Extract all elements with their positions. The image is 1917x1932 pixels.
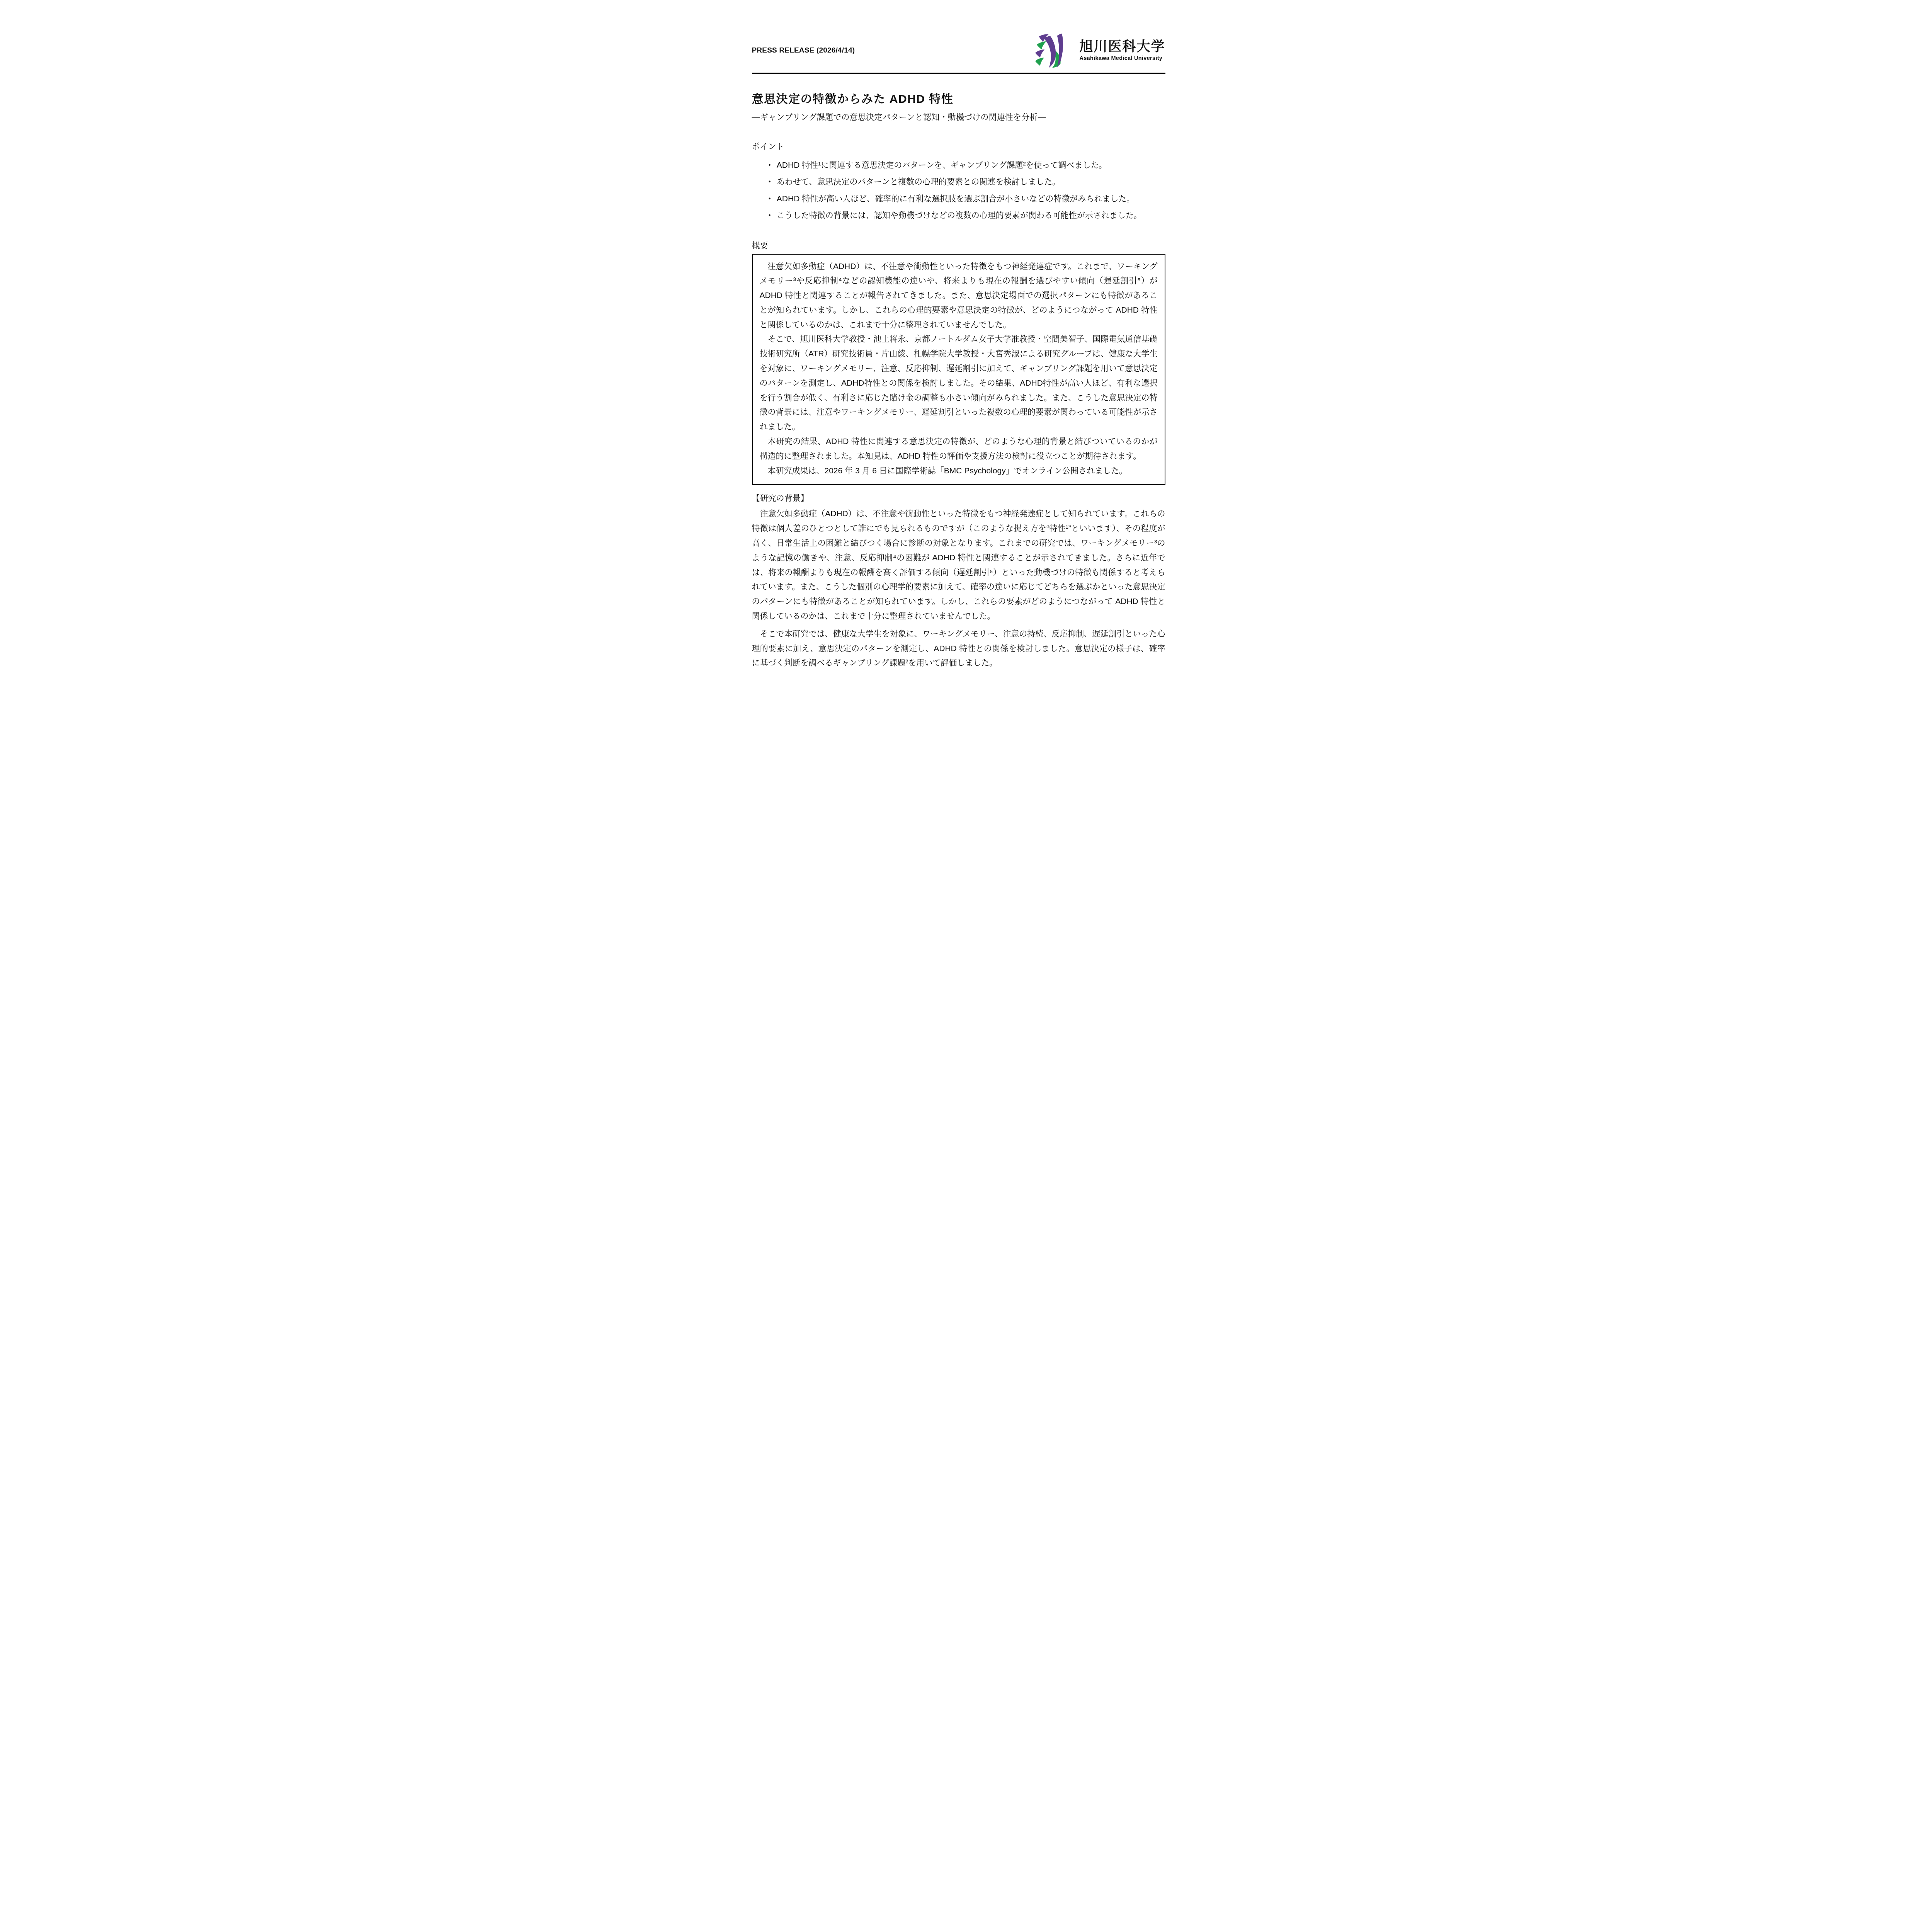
- page-subtitle: ―ギャンブリング課題での意思決定パターンと認知・動機づけの関連性を分析―: [752, 111, 1165, 122]
- page-title: 意思決定の特徴からみた ADHD 特性: [752, 89, 1165, 106]
- logo-stripe-2: [1037, 41, 1046, 49]
- header-divider: [752, 73, 1165, 74]
- bullet-icon: •: [768, 160, 771, 171]
- logo-stripe-3: [1035, 49, 1044, 58]
- bullet-icon: •: [768, 210, 771, 221]
- list-item: • ADHD 特性が高い人ほど、確率的に有利な選択肢を選ぶ割合が小さいなどの特徴…: [768, 192, 1165, 206]
- point-text: あわせて、意思決定のパターンと複数の心理的要素との関連を検討しました。: [777, 175, 1060, 189]
- points-heading: ポイント: [752, 140, 1165, 152]
- list-item: • ADHD 特性¹に関連する意思決定のパターンを、ギャンブリング課題²を使って…: [768, 158, 1165, 172]
- list-item: • あわせて、意思決定のパターンと複数の心理的要素との関連を検討しました。: [768, 175, 1165, 189]
- overview-paragraph: そこで、旭川医科大学教授・池上将永、京都ノートルダム女子大学准教授・空間美智子、…: [760, 332, 1158, 434]
- list-item: • こうした特徴の背景には、認知や動機づけなどの複数の心理的要素が関わる可能性が…: [768, 208, 1165, 223]
- university-name-ja: 旭川医科大学: [1079, 40, 1165, 54]
- bullet-icon: •: [768, 177, 771, 187]
- logo-stripe-4: [1035, 58, 1044, 66]
- university-logo: 旭川医科大学 Asahikawa Medical University: [1035, 33, 1165, 68]
- point-text: ADHD 特性が高い人ほど、確率的に有利な選択肢を選ぶ割合が小さいなどの特徴がみ…: [777, 192, 1135, 206]
- background-paragraph: そこで本研究では、健康な大学生を対象に、ワーキングメモリー、注意の持続、反応抑制…: [752, 627, 1165, 670]
- overview-box: 注意欠如多動症（ADHD）は、不注意や衝動性といった特徴をもつ神経発達症です。こ…: [752, 254, 1165, 485]
- press-release-page: PRESS RELEASE (2026/4/14) 旭川医科大学 Asahika…: [719, 0, 1198, 694]
- university-logo-text: 旭川医科大学 Asahikawa Medical University: [1079, 40, 1165, 61]
- overview-paragraph: 注意欠如多動症（ADHD）は、不注意や衝動性といった特徴をもつ神経発達症です。こ…: [760, 259, 1158, 332]
- overview-heading: 概要: [752, 239, 1165, 251]
- point-text: ADHD 特性¹に関連する意思決定のパターンを、ギャンブリング課題²を使って調べ…: [777, 158, 1107, 172]
- overview-paragraph: 本研究の結果、ADHD 特性に関連する意思決定の特徴が、どのような心理的背景と結…: [760, 434, 1158, 464]
- overview-paragraph: 本研究成果は、2026 年 3 月 6 日に国際学術誌「BMC Psycholo…: [760, 464, 1158, 478]
- background-heading: 【研究の背景】: [752, 492, 1165, 503]
- logo-leg-purple: [1044, 36, 1056, 68]
- press-release-label: PRESS RELEASE (2026/4/14): [752, 46, 855, 55]
- university-name-en: Asahikawa Medical University: [1079, 56, 1165, 61]
- background-paragraph: 注意欠如多動症（ADHD）は、不注意や衝動性といった特徴をもつ神経発達症として知…: [752, 507, 1165, 623]
- page-header: PRESS RELEASE (2026/4/14) 旭川医科大学 Asahika…: [752, 33, 1165, 68]
- university-logo-icon: [1035, 33, 1074, 68]
- point-text: こうした特徴の背景には、認知や動機づけなどの複数の心理的要素が関わる可能性が示さ…: [777, 208, 1142, 223]
- bullet-icon: •: [768, 193, 771, 204]
- points-list: • ADHD 特性¹に関連する意思決定のパターンを、ギャンブリング課題²を使って…: [752, 158, 1165, 223]
